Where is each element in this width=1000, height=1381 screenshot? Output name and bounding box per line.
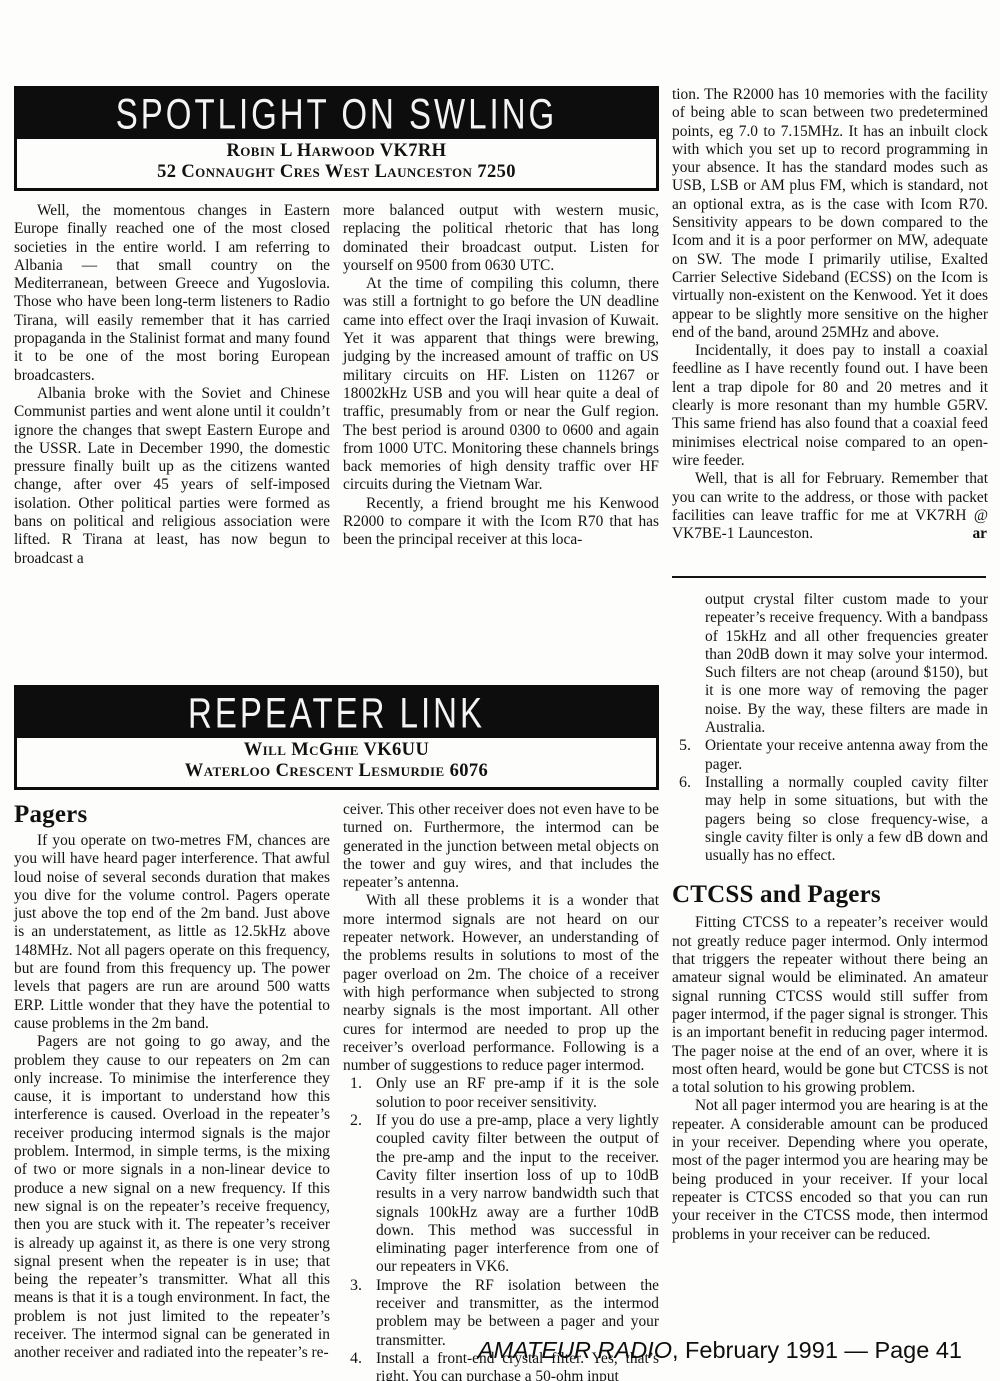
swling-title-bar: SPOTLIGHT ON SWLING (17, 89, 656, 139)
page-footer: AMATEUR RADIO, February 1991 — Page 41 (478, 1337, 962, 1364)
list-item-text: Installing a normally coupled cavity fil… (705, 774, 988, 865)
list-item: 2. If you do use a pre-amp, place a very… (343, 1112, 659, 1277)
list-item-number: 3. (350, 1277, 362, 1295)
list-item-continuation: output crystal filter custom made to you… (672, 591, 988, 737)
paragraph: Incidentally, it does pay to install a c… (672, 342, 988, 470)
paragraph: At the time of compiling this column, th… (343, 275, 659, 495)
list-item-text: If you do use a pre-amp, place a very li… (376, 1112, 659, 1277)
article-repeater: REPEATER LINK Will McGhie VK6UU Waterloo… (14, 685, 659, 1381)
swling-column-2: more balanced output with western music,… (343, 202, 659, 685)
paragraph: Well, that is all for February. Remember… (672, 470, 988, 543)
magazine-name: AMATEUR RADIO (478, 1337, 672, 1363)
repeater-title-bar: REPEATER LINK (17, 688, 656, 738)
end-mark: ar (949, 525, 987, 543)
section-divider-rule (672, 576, 986, 578)
swling-columns: Well, the momentous changes in Eastern E… (14, 202, 659, 685)
paragraph: Fitting CTCSS to a repeater’s receiver w… (672, 914, 988, 1097)
swling-author: Robin L Harwood VK7RH (21, 141, 652, 162)
list-item-text: Only use an RF pre-amp if it is the sole… (376, 1075, 659, 1112)
list-item-number: 6. (679, 774, 691, 792)
left-middle-columns: SPOTLIGHT ON SWLING Robin L Harwood VK7R… (14, 86, 659, 1381)
repeater-column-1: Pagers If you operate on two-metres FM, … (14, 801, 330, 1381)
page-content: SPOTLIGHT ON SWLING Robin L Harwood VK7R… (14, 86, 988, 1381)
list-item: 5. Orientate your receive antenna away f… (672, 737, 988, 774)
swling-column-1: Well, the momentous changes in Eastern E… (14, 202, 330, 685)
pagers-heading: Pagers (14, 801, 330, 829)
paragraph: tion. The R2000 has 10 memories with the… (672, 86, 988, 342)
paragraph: more balanced output with western music,… (343, 202, 659, 275)
list-item-number: 5. (679, 737, 691, 755)
paragraph: Pagers are not going to go away, and the… (14, 1033, 330, 1362)
paragraph: Recently, a friend brought me his Kenwoo… (343, 495, 659, 550)
ctcss-heading: CTCSS and Pagers (672, 881, 988, 909)
list-item-text: Orientate your receive antenna away from… (705, 737, 988, 774)
repeater-author: Will McGhie VK6UU (21, 740, 652, 761)
paragraph: Well, the momentous changes in Eastern E… (14, 202, 330, 385)
repeater-byline: Will McGhie VK6UU Waterloo Crescent Lesm… (17, 738, 656, 787)
swling-header-box: SPOTLIGHT ON SWLING Robin L Harwood VK7R… (14, 86, 659, 191)
list-item: 6. Installing a normally coupled cavity … (672, 774, 988, 865)
article-swling: SPOTLIGHT ON SWLING Robin L Harwood VK7R… (14, 86, 659, 685)
repeater-header-box: REPEATER LINK Will McGhie VK6UU Waterloo… (14, 685, 659, 790)
paragraph: Albania broke with the Soviet and Chines… (14, 385, 330, 568)
repeater-title: REPEATER LINK (188, 688, 485, 737)
paragraph: With all these problems it is a wonder t… (343, 892, 659, 1075)
issue-and-page: , February 1991 — Page 41 (672, 1337, 962, 1363)
closing-text: Well, that is all for February. Remember… (672, 470, 988, 542)
paragraph: Not all pager intermod you are hearing i… (672, 1097, 988, 1243)
swling-title: SPOTLIGHT ON SWLING (116, 89, 557, 138)
list-item: 1. Only use an RF pre-amp if it is the s… (343, 1075, 659, 1112)
swling-byline: Robin L Harwood VK7RH 52 Connaught Cres … (17, 139, 656, 188)
magazine-page: SPOTLIGHT ON SWLING Robin L Harwood VK7R… (0, 0, 1000, 1381)
paragraph: If you operate on two-metres FM, chances… (14, 832, 330, 1033)
swling-column-3: tion. The R2000 has 10 memories with the… (672, 86, 988, 568)
repeater-address: Waterloo Crescent Lesmurdie 6076 (21, 761, 652, 782)
swling-address: 52 Connaught Cres West Launceston 7250 (21, 162, 652, 183)
repeater-column-3: output crystal filter custom made to you… (672, 591, 988, 1244)
list-item-number: 4. (350, 1350, 362, 1368)
list-item-number: 2. (350, 1112, 362, 1130)
right-column: tion. The R2000 has 10 memories with the… (672, 86, 988, 1381)
repeater-column-2: ceiver. This other receiver does not eve… (343, 801, 659, 1381)
repeater-columns: Pagers If you operate on two-metres FM, … (14, 801, 659, 1381)
list-item-number: 1. (350, 1075, 362, 1093)
paragraph: ceiver. This other receiver does not eve… (343, 801, 659, 892)
